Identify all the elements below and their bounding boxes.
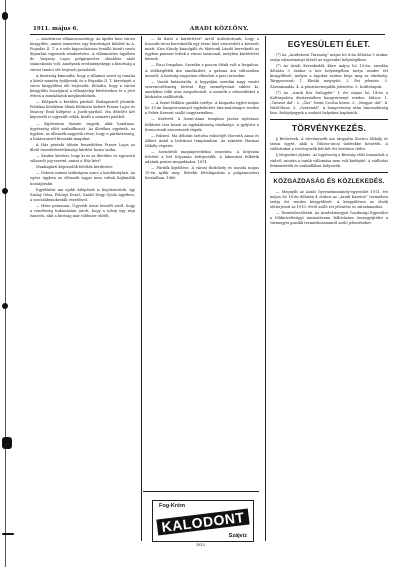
scan-blot (2, 533, 14, 535)
article-paragraph: — Kilépnek a kerületi pártból. Budapestr… (30, 100, 135, 120)
article-paragraph: — Szendrődi magánjövedelmi összeírás. A … (145, 150, 259, 165)
article-paragraph: — Sándor kérdezi, hogy ki ez az illetéke… (30, 154, 135, 164)
section-title-egyesuleti-elet: EGYESÜLETI ÉLET. (270, 39, 388, 50)
section-divider (270, 172, 388, 173)
article-paragraph: Egyébként ma újabb kilépések is bejelent… (30, 188, 135, 203)
article-paragraph: — Hűse pataszoni. Ügyvédi Árvai beszélt … (30, 204, 135, 219)
article-paragraph: — Piaci forgalom. Szerdán a piacon élénk… (145, 63, 259, 78)
column-divider (141, 36, 142, 541)
column-divider (265, 36, 266, 541)
article-paragraph: § Betörések. A törvényszék ma tárgyalta … (270, 137, 388, 152)
article-paragraph: — Vasúti katasztrófa. A hegyalján szerdá… (145, 80, 259, 100)
article-paragraph: (*) Az Aradi Kereskedők Köre május hó 10… (270, 64, 388, 89)
section-title-kozgazdasag: KÖZGAZDASÁG ÉS KÖZLEKEDÉS. (270, 176, 388, 187)
column-2: — Ki fizeti a kártérítést? Arról tudósít… (145, 37, 259, 442)
issue-date: 1911. május 6. (33, 26, 78, 32)
article-paragraph: — Kijelentem őszinte vagyok, akik hatalm… (30, 122, 135, 142)
scan-blot (2, 12, 8, 20)
ad-code: 1815 (196, 543, 205, 547)
article-paragraph: — Megnyílt az Aradi Gyermekmenhely-egyes… (270, 190, 388, 210)
column-3: EGYESÜLETI ÉLET. (*) Az „Aradvárosi Társ… (270, 37, 388, 535)
article-paragraph: — A Szent-Miklósi gazdák estélye. A kisg… (145, 101, 259, 116)
section-divider (270, 119, 388, 120)
article-paragraph: — Nekem semmi szükségem nincs a kisebbsé… (30, 171, 135, 186)
kalodont-advertisement: Fog-Krém KALODONT Szájvíz (152, 500, 254, 542)
page-header: 1911. május 6. ARADI KÖZLÖNY. (30, 24, 385, 35)
article-paragraph: (*) Az „Aradvárosi Társaság” május hó 8-… (270, 53, 388, 63)
article-paragraph: — Körlevél. A Szent-Anna templom javára … (145, 117, 259, 132)
ad-separator (143, 491, 259, 492)
article-paragraph: (*) Az „Aradi Kör Dalegylet” f. évi máju… (270, 91, 388, 116)
newspaper-title: ARADI KÖZLÖNY. (190, 26, 249, 32)
article-paragraph: Munkapárti képviselők feleltek kérdésére… (30, 165, 135, 170)
article-paragraph: — Termésbecslések. Az Aradvármegyei Gazd… (270, 211, 388, 226)
article-paragraph: — Fürdők kijelölése. A városi fürdőhely … (145, 166, 259, 181)
scan-blot (2, 188, 8, 194)
scan-margin-line (5, 0, 6, 567)
ad-brand-band: KALODONT (156, 508, 249, 535)
article-paragraph: A Ház pénteki ülésén beszédében Fraser L… (30, 143, 135, 153)
section-title-torvenykezes: TÖRVÉNYKEZÉS. (270, 123, 388, 134)
ad-bottom-text: Szájvíz (229, 533, 247, 539)
article-paragraph: — Ki fizeti a kártérítést? Arról tudósít… (145, 37, 259, 62)
ad-top-text: Fog-Krém (159, 503, 185, 509)
article-paragraph: — Esküvő. Ma délután tartotta esküvőjét … (145, 134, 259, 149)
scan-blot (2, 437, 12, 449)
article-paragraph: — Aradvárosi villamosvasútügy. Az áprili… (30, 37, 135, 73)
article-paragraph: A bizottság kimondta, hogy a villamos va… (30, 74, 135, 99)
scan-blot (2, 303, 8, 309)
article-paragraph: § Megszűnt eljárás. Az ügyészség a Bírós… (270, 153, 388, 168)
column-1: — Aradvárosi villamosvasútügy. Az áprili… (30, 37, 135, 517)
